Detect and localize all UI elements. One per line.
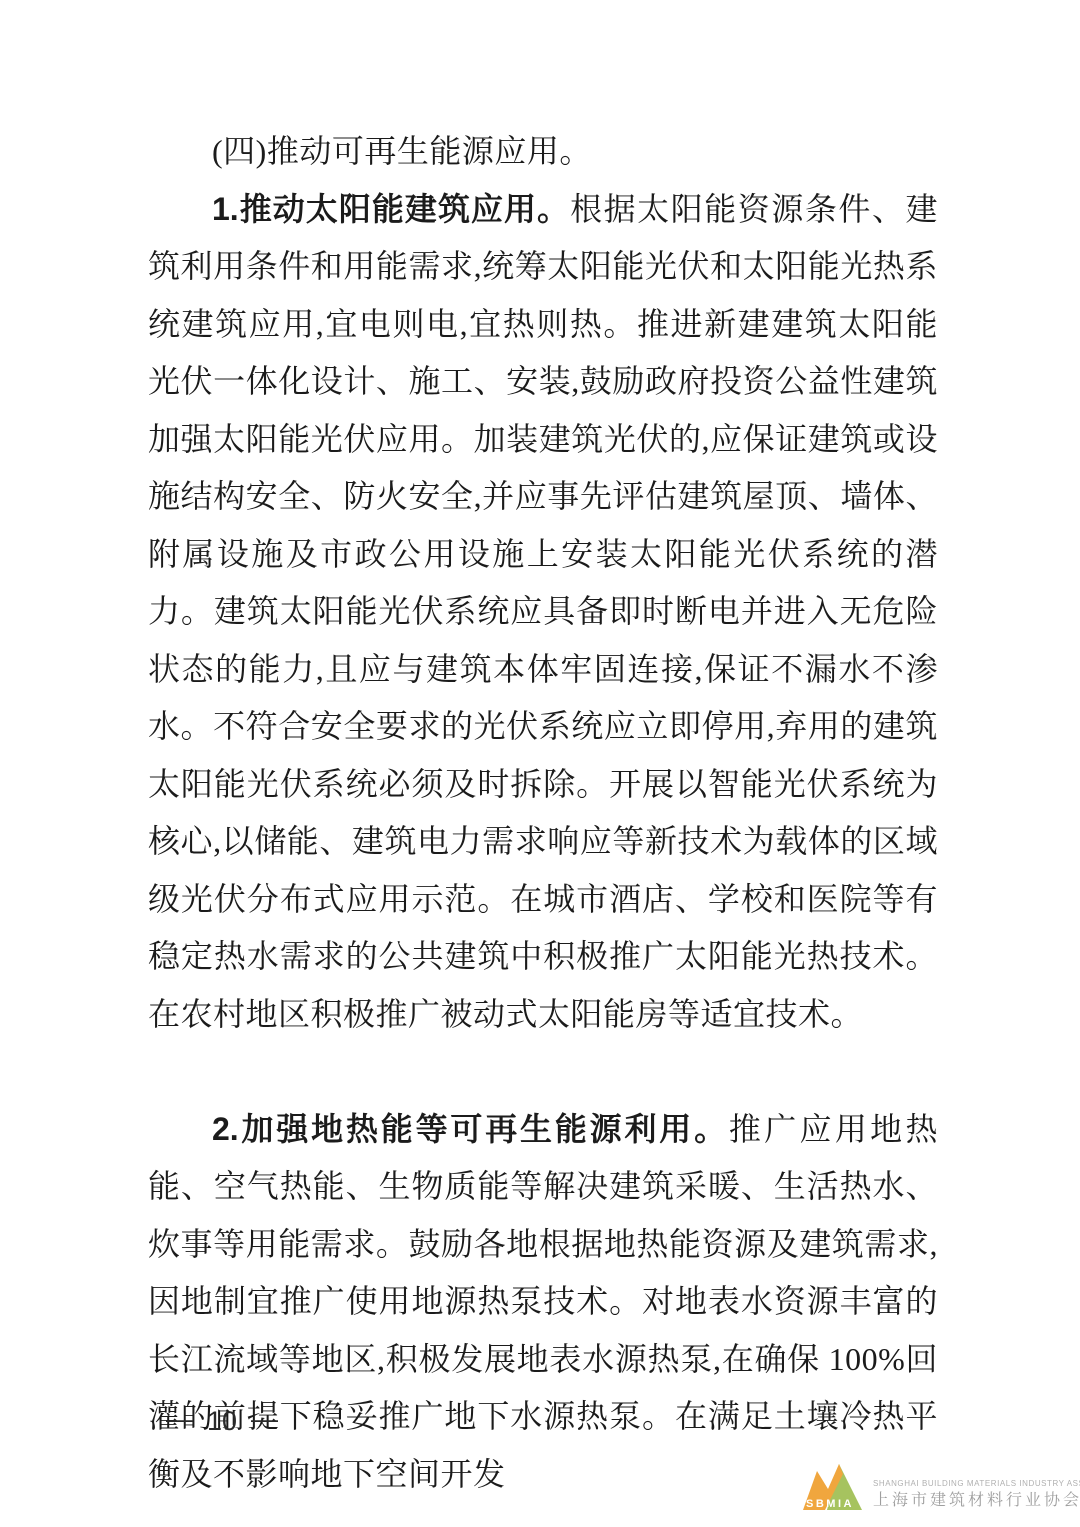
sbmia-association-logo: SBMIA SHANGHAI BUILDING MATERIALS INDUST… xyxy=(802,1462,1080,1512)
sbmia-logo-mountain-icon: SBMIA xyxy=(802,1462,864,1512)
association-name-english: SHANGHAI BUILDING MATERIALS INDUSTRY ASS… xyxy=(873,1479,1080,1489)
paragraph-geothermal: 2.加强地热能等可再生能源利用。推广应用地热能、空气热能、生物质能等解决建筑采暖… xyxy=(148,1101,938,1504)
sbmia-logo-letters: SBMIA xyxy=(806,1498,854,1510)
paragraph-solar-buildings: 1.推动太阳能建筑应用。根据太阳能资源条件、建筑利用条件和用能需求,统筹太阳能光… xyxy=(148,181,938,1044)
page-number-value: 10 xyxy=(207,1406,237,1436)
paragraph-2-lead: 2.加强地热能等可再生能源利用。 xyxy=(212,1111,729,1147)
association-name-chinese: 上海市建筑材料行业协会 xyxy=(873,1491,1080,1511)
page-number-left-dash: — xyxy=(166,1403,193,1435)
section-heading: (四)推动可再生能源应用。 xyxy=(148,123,938,181)
document-page: (四)推动可再生能源应用。 1.推动太阳能建筑应用。根据太阳能资源条件、建筑利用… xyxy=(0,0,1080,1527)
logo-text-block: SHANGHAI BUILDING MATERIALS INDUSTRY ASS… xyxy=(873,1479,1080,1511)
paragraph-1-lead: 1.推动太阳能建筑应用。 xyxy=(212,191,570,227)
paragraph-1-text: 根据太阳能资源条件、建筑利用条件和用能需求,统筹太阳能光伏和太阳能光热系统建筑应… xyxy=(148,191,938,1032)
document-body: (四)推动可再生能源应用。 1.推动太阳能建筑应用。根据太阳能资源条件、建筑利用… xyxy=(148,123,938,1503)
page-number-right-dash: — xyxy=(251,1403,278,1435)
page-number: —10— xyxy=(152,1405,292,1437)
